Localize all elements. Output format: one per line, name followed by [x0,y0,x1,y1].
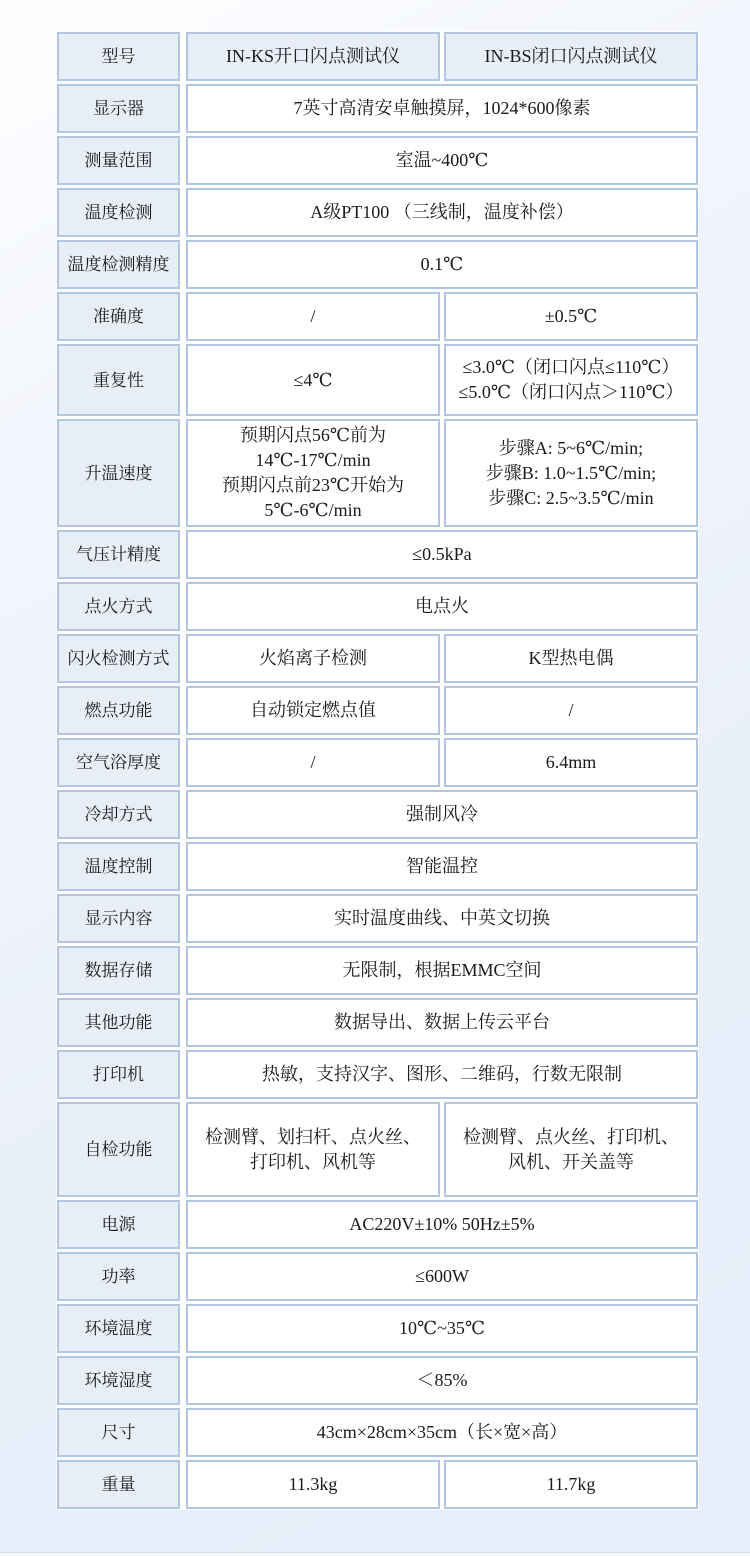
row-values: 实时温度曲线、中英文切换 [186,894,698,943]
row-value: 自动锁定燃点值 [186,686,440,735]
row-values: 智能温控 [186,842,698,891]
table-row: 温度检测精度0.1℃ [57,240,698,289]
row-label: 其他功能 [57,998,180,1047]
row-values: 11.3kg11.7kg [186,1460,698,1509]
table-row: 尺寸43cm×28cm×35cm（长×宽×高） [57,1408,698,1457]
row-values: AC220V±10% 50Hz±5% [186,1200,698,1249]
row-value: A级PT100 （三线制，温度补偿） [186,188,698,237]
row-value: 强制风冷 [186,790,698,839]
table-row: 空气浴厚度/6.4mm [57,738,698,787]
row-value: ≤3.0℃（闭口闪点≤110℃） ≤5.0℃（闭口闪点＞110℃） [444,344,698,416]
row-values: 自动锁定燃点值/ [186,686,698,735]
row-values: A级PT100 （三线制，温度补偿） [186,188,698,237]
row-values: 火焰离子检测K型热电偶 [186,634,698,683]
row-values: /±0.5℃ [186,292,698,341]
row-value: 无限制，根据EMMC空间 [186,946,698,995]
row-label: 测量范围 [57,136,180,185]
row-values: 室温~400℃ [186,136,698,185]
row-value: 热敏，支持汉字、图形、二维码，行数无限制 [186,1050,698,1099]
row-values: 预期闪点56℃前为14℃-17℃/min 预期闪点前23℃开始为 5℃-6℃/m… [186,419,698,527]
row-value: ＜85% [186,1356,698,1405]
row-label: 温度控制 [57,842,180,891]
row-values: IN-KS开口闪点测试仪IN-BS闭口闪点测试仪 [186,32,698,81]
row-label: 环境湿度 [57,1356,180,1405]
row-label: 升温速度 [57,419,180,527]
table-row: 显示内容实时温度曲线、中英文切换 [57,894,698,943]
table-row: 显示器7英寸高清安卓触摸屏，1024*600像素 [57,84,698,133]
row-value: 电点火 [186,582,698,631]
table-row: 重复性≤4℃≤3.0℃（闭口闪点≤110℃） ≤5.0℃（闭口闪点＞110℃） [57,344,698,416]
row-label: 电源 [57,1200,180,1249]
row-label: 自检功能 [57,1102,180,1197]
row-value: 实时温度曲线、中英文切换 [186,894,698,943]
table-row: 型号IN-KS开口闪点测试仪IN-BS闭口闪点测试仪 [57,32,698,81]
table-row: 闪火检测方式火焰离子检测K型热电偶 [57,634,698,683]
row-label: 打印机 [57,1050,180,1099]
row-values: 43cm×28cm×35cm（长×宽×高） [186,1408,698,1457]
table-row: 准确度/±0.5℃ [57,292,698,341]
row-value: ≤0.5kPa [186,530,698,579]
row-value: 火焰离子检测 [186,634,440,683]
table-row: 点火方式电点火 [57,582,698,631]
row-values: 数据导出、数据上传云平台 [186,998,698,1047]
table-row: 测量范围室温~400℃ [57,136,698,185]
row-value: 检测臂、点火丝、打印机、 风机、开关盖等 [444,1102,698,1197]
table-row: 自检功能检测臂、划扫杆、点火丝、 打印机、风机等检测臂、点火丝、打印机、 风机、… [57,1102,698,1197]
row-value: IN-BS闭口闪点测试仪 [444,32,698,81]
table-row: 冷却方式强制风冷 [57,790,698,839]
table-row: 气压计精度≤0.5kPa [57,530,698,579]
table-row: 环境湿度＜85% [57,1356,698,1405]
row-label: 温度检测精度 [57,240,180,289]
table-row: 数据存储无限制，根据EMMC空间 [57,946,698,995]
row-values: ＜85% [186,1356,698,1405]
spec-table: 型号IN-KS开口闪点测试仪IN-BS闭口闪点测试仪显示器7英寸高清安卓触摸屏，… [57,32,698,1509]
row-label: 准确度 [57,292,180,341]
row-values: 强制风冷 [186,790,698,839]
row-value: 室温~400℃ [186,136,698,185]
table-row: 燃点功能自动锁定燃点值/ [57,686,698,735]
row-value: ≤600W [186,1252,698,1301]
row-value: / [186,292,440,341]
table-row: 环境温度10℃~35℃ [57,1304,698,1353]
row-label: 温度检测 [57,188,180,237]
row-values: 电点火 [186,582,698,631]
row-value: ±0.5℃ [444,292,698,341]
table-row: 其他功能数据导出、数据上传云平台 [57,998,698,1047]
row-value: 步骤A: 5~6℃/min; 步骤B: 1.0~1.5℃/min; 步骤C: 2… [444,419,698,527]
row-value: 检测臂、划扫杆、点火丝、 打印机、风机等 [186,1102,440,1197]
row-value: 智能温控 [186,842,698,891]
row-values: 0.1℃ [186,240,698,289]
row-label: 尺寸 [57,1408,180,1457]
table-row: 打印机热敏，支持汉字、图形、二维码，行数无限制 [57,1050,698,1099]
row-values: 7英寸高清安卓触摸屏，1024*600像素 [186,84,698,133]
row-values: 检测臂、划扫杆、点火丝、 打印机、风机等检测臂、点火丝、打印机、 风机、开关盖等 [186,1102,698,1197]
row-label: 数据存储 [57,946,180,995]
row-value: 数据导出、数据上传云平台 [186,998,698,1047]
row-value: K型热电偶 [444,634,698,683]
row-value: / [444,686,698,735]
row-label: 显示内容 [57,894,180,943]
table-row: 温度检测A级PT100 （三线制，温度补偿） [57,188,698,237]
row-value: / [186,738,440,787]
row-value: 10℃~35℃ [186,1304,698,1353]
row-values: ≤4℃≤3.0℃（闭口闪点≤110℃） ≤5.0℃（闭口闪点＞110℃） [186,344,698,416]
row-label: 显示器 [57,84,180,133]
table-row: 电源AC220V±10% 50Hz±5% [57,1200,698,1249]
row-label: 型号 [57,32,180,81]
row-values: 热敏，支持汉字、图形、二维码，行数无限制 [186,1050,698,1099]
row-value: 6.4mm [444,738,698,787]
row-label: 重量 [57,1460,180,1509]
row-values: 10℃~35℃ [186,1304,698,1353]
row-values: 无限制，根据EMMC空间 [186,946,698,995]
row-value: 7英寸高清安卓触摸屏，1024*600像素 [186,84,698,133]
row-value: 43cm×28cm×35cm（长×宽×高） [186,1408,698,1457]
row-values: ≤0.5kPa [186,530,698,579]
row-label: 燃点功能 [57,686,180,735]
row-label: 气压计精度 [57,530,180,579]
table-row: 功率≤600W [57,1252,698,1301]
row-label: 重复性 [57,344,180,416]
row-label: 功率 [57,1252,180,1301]
row-label: 环境温度 [57,1304,180,1353]
table-row: 温度控制智能温控 [57,842,698,891]
row-value: 11.3kg [186,1460,440,1509]
row-label: 空气浴厚度 [57,738,180,787]
row-label: 冷却方式 [57,790,180,839]
row-values: /6.4mm [186,738,698,787]
row-label: 点火方式 [57,582,180,631]
table-row: 升温速度预期闪点56℃前为14℃-17℃/min 预期闪点前23℃开始为 5℃-… [57,419,698,527]
row-values: ≤600W [186,1252,698,1301]
table-row: 重量11.3kg11.7kg [57,1460,698,1509]
row-value: ≤4℃ [186,344,440,416]
row-value: 11.7kg [444,1460,698,1509]
row-label: 闪火检测方式 [57,634,180,683]
row-value: 预期闪点56℃前为14℃-17℃/min 预期闪点前23℃开始为 5℃-6℃/m… [186,419,440,527]
row-value: 0.1℃ [186,240,698,289]
row-value: IN-KS开口闪点测试仪 [186,32,440,81]
row-value: AC220V±10% 50Hz±5% [186,1200,698,1249]
